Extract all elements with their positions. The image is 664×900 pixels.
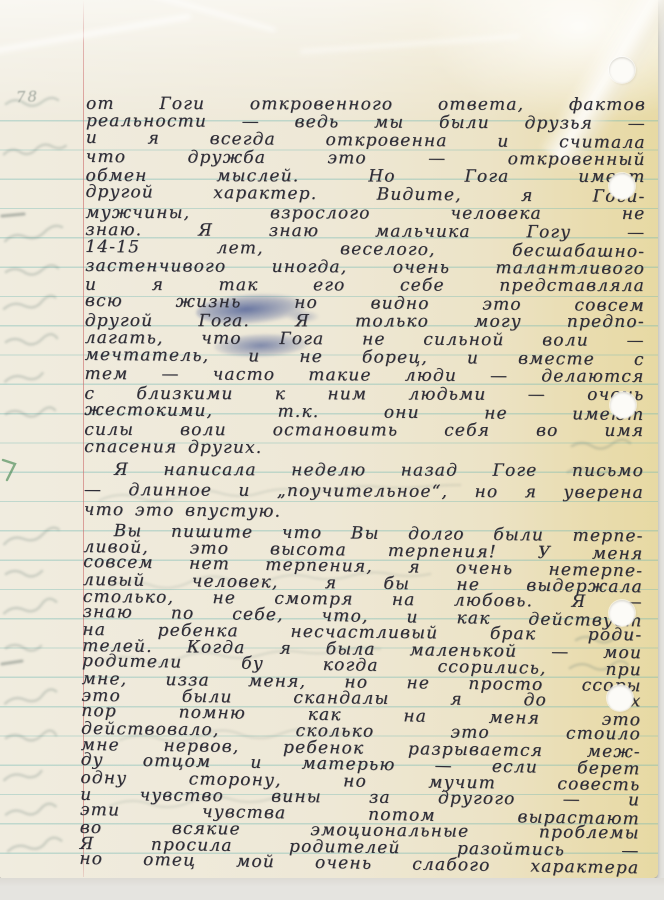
handwriting-line: от Гоги откровенного ответа, фактов — [86, 95, 646, 114]
scanner-background — [0, 878, 664, 900]
paragraph: от Гоги откровенного ответа, фактовреаль… — [84, 94, 646, 459]
handwriting-line: Я написала неделю назад Гоге письмо — [84, 460, 644, 482]
paper-sheet: 78 от Гоги откровенного ответа, фактовре… — [0, 0, 658, 878]
scanned-letter-page: 78 от Гоги откровенного ответа, фактовре… — [0, 0, 664, 900]
handwriting-line: действовало, сколько это стоило — [81, 721, 641, 743]
handwriting-line: силы воли остановить себя во имя — [84, 421, 644, 440]
handwriting-line: спасения других. — [84, 438, 644, 459]
punch-hole — [607, 685, 633, 711]
handwritten-text: от Гоги откровенного ответа, фактовреаль… — [82, 94, 646, 871]
paragraph: Вы пишите что Вы долго были терпе-ливой,… — [79, 522, 643, 876]
handwriting-line: другой Гога. Я только могу предпо- — [85, 312, 645, 331]
paragraph: Я написала неделю назад Гоге письмо— дли… — [84, 459, 644, 525]
handwriting-line: на ребенка несчастливый брак роди- — [82, 622, 642, 644]
green-pen-mark — [1, 456, 21, 482]
punch-hole — [609, 600, 635, 626]
handwriting-line: 14-15 лет, веселого, бесшабашно- — [85, 238, 645, 261]
handwriting-line: мужчины, взрослого человека не — [85, 203, 645, 222]
punch-hole — [609, 173, 635, 199]
bleedthrough-fragment: 78 — [16, 87, 87, 105]
handwriting-line: Вы пишите что Вы долго были терпе- — [84, 523, 644, 545]
punch-hole — [610, 392, 636, 418]
punch-hole — [609, 57, 635, 83]
handwriting-line: во всякие эмоциональные проблемы — [80, 820, 640, 842]
